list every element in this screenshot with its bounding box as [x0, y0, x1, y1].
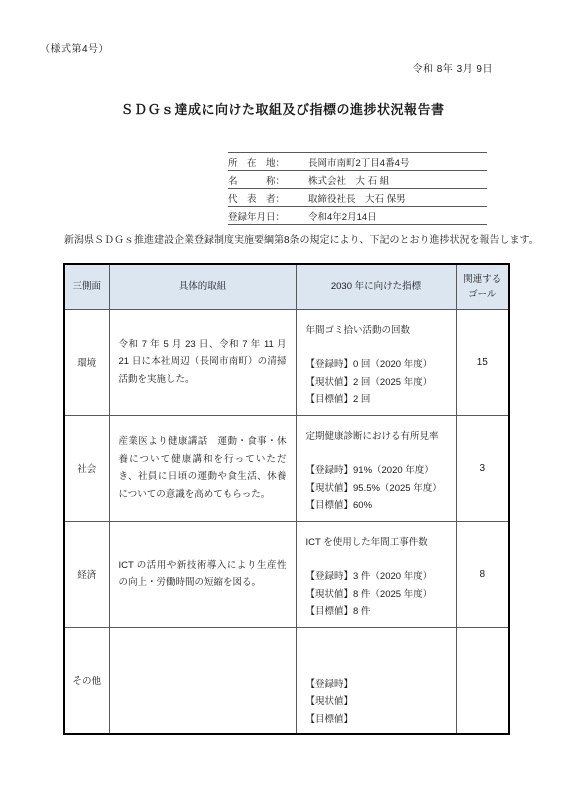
indicator-target: 【目標値】60%	[306, 497, 450, 515]
indicator-values: 【登録時】0 回（2020 年度） 【現状値】2 回（2025 年度） 【目標値…	[306, 356, 450, 409]
indicator-current: 【現状値】	[306, 693, 450, 711]
company-info-label: 名 称：	[228, 173, 308, 187]
indicator-cell: ICT を使用した年間工事件数 【登録時】3 件（2020 年度） 【現状値】8…	[296, 521, 456, 627]
column-header-goal: 関連するゴール	[456, 264, 509, 309]
indicator-registered: 【登録時】91%（2020 年度）	[306, 462, 450, 480]
table-row-other: その他 【登録時】 【現状値】 【目標値】	[64, 627, 509, 734]
company-info-row-address: 所 在 地： 長岡市南町2丁目4番4号	[228, 152, 487, 171]
company-info-label: 登録年月日：	[228, 209, 308, 223]
initiative-cell: 令和 7 年 5 月 23 日、令和 7 年 11 月 21 日に本社周辺（長岡…	[109, 309, 296, 415]
indicator-target: 【目標値】2 回	[306, 391, 450, 409]
indicator-current: 【現状値】2 回（2025 年度）	[306, 374, 450, 392]
company-info-row-name: 名 称： 株式会社 大 石 組	[228, 171, 487, 189]
company-info-label: 代 表 者：	[228, 191, 308, 205]
indicator-title: 定期健康診断における有所見率	[306, 428, 450, 446]
indicator-values: 【登録時】91%（2020 年度） 【現状値】95.5%（2025 年度） 【目…	[306, 462, 450, 515]
goal-cell: 3	[456, 415, 509, 521]
indicator-title: ICT を使用した年間工事件数	[306, 534, 450, 552]
company-info-label: 所 在 地：	[228, 155, 308, 169]
document-page: （様式第4号） 令和 8年 3月 9日 ＳＤＧｓ達成に向けた取組及び指標の進捗状…	[0, 0, 565, 800]
initiative-cell	[109, 627, 296, 734]
indicator-title: 年間ゴミ拾い活動の回数	[306, 322, 450, 340]
indicator-target: 【目標値】	[306, 711, 450, 729]
company-info-value: 株式会社 大 石 組	[308, 173, 389, 187]
initiative-cell: 産業医より健康講話 運動・食事・休養について健康講和を行っていただき、社員に日頃…	[109, 415, 296, 521]
indicator-values: 【登録時】 【現状値】 【目標値】	[306, 676, 450, 729]
company-info-row-registration-date: 登録年月日： 令和4年2月14日	[228, 207, 487, 225]
indicator-current: 【現状値】8 件（2025 年度）	[306, 586, 450, 604]
company-info-value: 令和4年2月14日	[308, 209, 377, 223]
indicator-target: 【目標値】8 件	[306, 603, 450, 621]
table-header-row: 三側面 具体的取組 2030 年に向けた指標 関連するゴール	[64, 264, 509, 309]
goal-cell: 8	[456, 521, 509, 627]
aspect-cell: 経済	[64, 521, 109, 627]
table-row-society: 社会 産業医より健康講話 運動・食事・休養について健康講和を行っていただき、社員…	[64, 415, 509, 521]
aspect-cell: 社会	[64, 415, 109, 521]
initiative-cell: ICT の活用や新技術導入により生産性の向上・労働時間の短縮を図る。	[109, 521, 296, 627]
indicator-cell: 年間ゴミ拾い活動の回数 【登録時】0 回（2020 年度） 【現状値】2 回（2…	[296, 309, 456, 415]
indicator-values: 【登録時】3 件（2020 年度） 【現状値】8 件（2025 年度） 【目標値…	[306, 568, 450, 621]
table-row-economy: 経済 ICT の活用や新技術導入により生産性の向上・労働時間の短縮を図る。 IC…	[64, 521, 509, 627]
column-header-indicator: 2030 年に向けた指標	[296, 264, 456, 309]
indicator-cell: 【登録時】 【現状値】 【目標値】	[296, 627, 456, 734]
progress-table: 三側面 具体的取組 2030 年に向けた指標 関連するゴール 環境 令和 7 年…	[63, 263, 510, 735]
indicator-current: 【現状値】95.5%（2025 年度）	[306, 480, 450, 498]
intro-text: 新潟県ＳＤＧｓ推進建設企業登録制度実施要綱第8条の規定により、下記のとおり進捗状…	[64, 231, 539, 246]
indicator-registered: 【登録時】	[306, 676, 450, 694]
column-header-aspect: 三側面	[64, 264, 109, 309]
table-row-environment: 環境 令和 7 年 5 月 23 日、令和 7 年 11 月 21 日に本社周辺…	[64, 309, 509, 415]
aspect-cell: その他	[64, 627, 109, 734]
indicator-cell: 定期健康診断における有所見率 【登録時】91%（2020 年度） 【現状値】95…	[296, 415, 456, 521]
document-date: 令和 8年 3月 9日	[412, 60, 493, 75]
company-info-value: 取締役社長 大石 保男	[308, 191, 406, 205]
indicator-registered: 【登録時】0 回（2020 年度）	[306, 356, 450, 374]
company-info-row-representative: 代 表 者： 取締役社長 大石 保男	[228, 189, 487, 207]
indicator-registered: 【登録時】3 件（2020 年度）	[306, 568, 450, 586]
aspect-cell: 環境	[64, 309, 109, 415]
page-title: ＳＤＧｓ達成に向けた取組及び指標の進捗状況報告書	[0, 99, 565, 118]
goal-cell	[456, 627, 509, 734]
goal-cell: 15	[456, 309, 509, 415]
form-number: （様式第4号）	[40, 40, 109, 55]
column-header-initiative: 具体的取組	[109, 264, 296, 309]
company-info-value: 長岡市南町2丁目4番4号	[308, 155, 409, 169]
company-info-table: 所 在 地： 長岡市南町2丁目4番4号 名 称： 株式会社 大 石 組 代 表 …	[228, 152, 487, 225]
